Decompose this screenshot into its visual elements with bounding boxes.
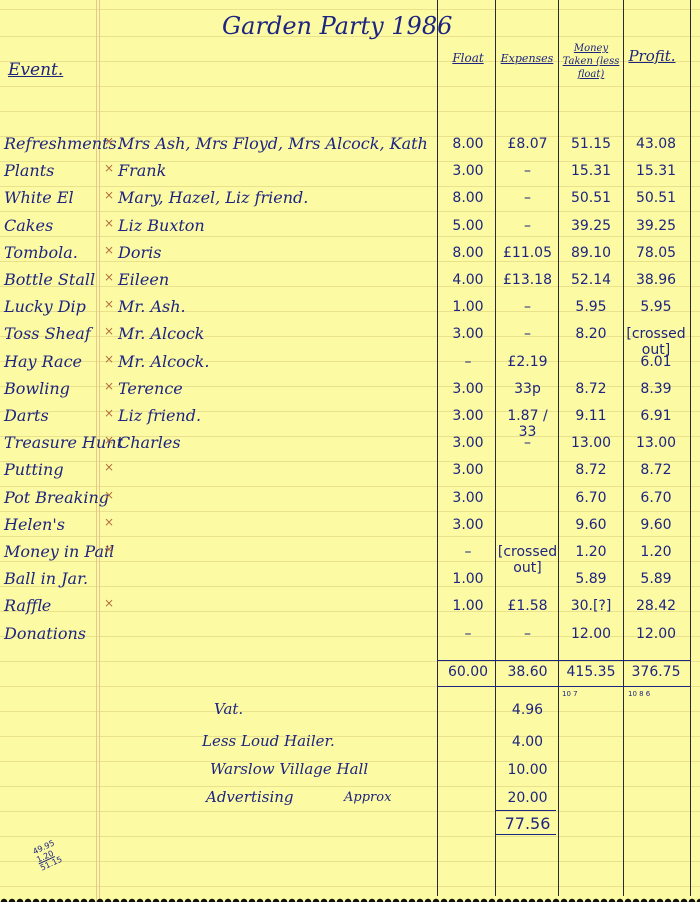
volunteers: Doris xyxy=(118,243,161,262)
money-taken-value: 89.10 xyxy=(559,245,623,261)
volunteers: Frank xyxy=(118,161,166,180)
float-value: 1.00 xyxy=(440,571,496,587)
ledger-row: Cakes×Liz Buxton5.00–39.2539.25 xyxy=(0,214,700,240)
ledger-row: Hay Race×Mr. Alcock.–£2.196.01 xyxy=(0,350,700,376)
volunteers: Charles xyxy=(118,433,181,452)
extra-expense-value: 4.96 xyxy=(497,702,558,718)
float-value: 3.00 xyxy=(440,517,496,533)
float-value: 4.00 xyxy=(440,272,496,288)
profit-carry-note: 10 8 6 xyxy=(628,690,650,698)
profit-value: 50.51 xyxy=(624,190,688,206)
tick-mark: × xyxy=(104,134,114,148)
profit-value: 12.00 xyxy=(624,626,688,642)
profit-value: 6.01 xyxy=(624,354,688,370)
expenses-value: – xyxy=(497,435,558,451)
float-value: – xyxy=(440,544,496,560)
tick-mark: × xyxy=(104,542,114,556)
float-value: – xyxy=(440,626,496,642)
money-taken-value: 52.14 xyxy=(559,272,623,288)
expenses-value: £2.19 xyxy=(497,354,558,370)
expenses-value: – xyxy=(497,190,558,206)
expenses-value: – xyxy=(497,326,558,342)
profit-value: 9.60 xyxy=(624,517,688,533)
profit-value: 6.70 xyxy=(624,490,688,506)
ledger-row: Putting×3.008.728.72 xyxy=(0,458,700,484)
profit-value: 13.00 xyxy=(624,435,688,451)
total-profit: 376.75 xyxy=(624,664,688,680)
float-value: 8.00 xyxy=(440,190,496,206)
expenses-column-header: Expenses xyxy=(495,52,559,65)
money-taken-value: 39.25 xyxy=(559,218,623,234)
profit-value: 5.89 xyxy=(624,571,688,587)
profit-value: 8.39 xyxy=(624,381,688,397)
profit-value: 5.95 xyxy=(624,299,688,315)
event-name: White El xyxy=(4,188,74,207)
float-value: 8.00 xyxy=(440,245,496,261)
event-name: Hay Race xyxy=(4,352,82,371)
tick-mark: × xyxy=(104,460,114,474)
float-value: 3.00 xyxy=(440,408,496,424)
ledger-row: Ball in Jar.1.005.895.89 xyxy=(0,567,700,593)
ledger-row: White El×Mary, Hazel, Liz friend.8.00–50… xyxy=(0,186,700,212)
volunteers: Mr. Alcock xyxy=(118,324,204,343)
float-value: 1.00 xyxy=(440,299,496,315)
expenses-value: £1.58 xyxy=(497,598,558,614)
ledger-row: Lucky Dip×Mr. Ash.1.00–5.955.95 xyxy=(0,295,700,321)
extra-expense-label: Less Loud Hailer. xyxy=(202,732,335,750)
volunteers: Mr. Ash. xyxy=(118,297,186,316)
float-value: 3.00 xyxy=(440,326,496,342)
profit-value: 78.05 xyxy=(624,245,688,261)
tick-mark: × xyxy=(104,270,114,284)
event-name: Donations xyxy=(4,624,86,643)
tick-mark: × xyxy=(104,243,114,257)
ledger-row: Bottle Stall×Eileen4.00£13.1852.1438.96 xyxy=(0,268,700,294)
float-column-header: Float xyxy=(440,52,496,65)
tick-mark: × xyxy=(104,216,114,230)
float-value: 1.00 xyxy=(440,598,496,614)
ledger-row: Tombola.×Doris8.00£11.0589.1078.05 xyxy=(0,241,700,267)
profit-column-header: Profit. xyxy=(624,50,680,63)
float-value: 5.00 xyxy=(440,218,496,234)
profit-value: 43.08 xyxy=(624,136,688,152)
volunteers: Mr. Alcock. xyxy=(118,352,209,371)
extra-expense-label: Advertising xyxy=(206,788,294,806)
money-taken-value: 13.00 xyxy=(559,435,623,451)
event-name: Lucky Dip xyxy=(4,297,86,316)
event-name: Pot Breaking xyxy=(4,488,109,507)
expenses-value: £13.18 xyxy=(497,272,558,288)
ledger-row: Helen's×3.009.609.60 xyxy=(0,513,700,539)
page-title: Garden Party 1986 xyxy=(222,12,452,40)
money-taken-value: 12.00 xyxy=(559,626,623,642)
float-value: 3.00 xyxy=(440,435,496,451)
money-taken-value: 5.89 xyxy=(559,571,623,587)
ledger-row: Raffle×1.00£1.5830.[?]28.42 xyxy=(0,594,700,620)
event-column-header: Event. xyxy=(8,60,63,80)
ledger-row: Toss Sheaf×Mr. Alcock3.00–8.20[crossed o… xyxy=(0,322,700,348)
money-taken-value: 6.70 xyxy=(559,490,623,506)
event-name: Bottle Stall xyxy=(4,270,95,289)
float-value: 3.00 xyxy=(440,163,496,179)
money-taken-value: 1.20 xyxy=(559,544,623,560)
profit-value: 1.20 xyxy=(624,544,688,560)
event-name: Toss Sheaf xyxy=(4,324,91,343)
tick-mark: × xyxy=(104,188,114,202)
tick-mark: × xyxy=(104,406,114,420)
perforated-edge xyxy=(0,896,700,902)
money-taken-value: 5.95 xyxy=(559,299,623,315)
ledger-row: Plants×Frank3.00–15.3115.31 xyxy=(0,159,700,185)
ledger-row: Treasure Hunt×Charles3.00–13.0013.00 xyxy=(0,431,700,457)
float-value: 8.00 xyxy=(440,136,496,152)
total-float: 60.00 xyxy=(440,664,496,680)
float-value: – xyxy=(440,354,496,370)
totals-rule xyxy=(437,686,690,687)
extra-expense-value: 20.00 xyxy=(497,790,558,806)
money-taken-value: 8.72 xyxy=(559,462,623,478)
extra-expense-value: 4.00 xyxy=(497,734,558,750)
money-taken-column-header: Money Taken (less float) xyxy=(560,42,622,81)
tick-mark: × xyxy=(104,433,114,447)
tick-mark: × xyxy=(104,515,114,529)
tick-mark: × xyxy=(104,488,114,502)
expenses-value: £11.05 xyxy=(497,245,558,261)
expenses-value: – xyxy=(497,626,558,642)
profit-value: 28.42 xyxy=(624,598,688,614)
volunteers: Terence xyxy=(118,379,183,398)
extra-expense-note: Approx xyxy=(344,790,391,805)
volunteers: Eileen xyxy=(118,270,169,289)
money-taken-value: 9.11 xyxy=(559,408,623,424)
money-taken-value: 8.72 xyxy=(559,381,623,397)
extra-total-rule xyxy=(496,810,556,811)
float-value: 3.00 xyxy=(440,462,496,478)
expenses-value: 33p xyxy=(497,381,558,397)
ledger-row: Money in Pail×–[crossed out]1.201.20 xyxy=(0,540,700,566)
expenses-value: – xyxy=(497,163,558,179)
event-name: Putting xyxy=(4,460,64,479)
money-taken-value: 51.15 xyxy=(559,136,623,152)
profit-value: 38.96 xyxy=(624,272,688,288)
tick-mark: × xyxy=(104,596,114,610)
expenses-value: £8.07 xyxy=(497,136,558,152)
volunteers: Mary, Hazel, Liz friend. xyxy=(118,188,308,207)
expenses-value: – xyxy=(497,218,558,234)
extra-expense-label: Warslow Village Hall xyxy=(210,760,368,778)
money-taken-value: 8.20 xyxy=(559,326,623,342)
event-name: Helen's xyxy=(4,515,65,534)
total-expenses: 38.60 xyxy=(497,664,558,680)
ledger-row: Darts×Liz friend.3.001.87 / 339.116.91 xyxy=(0,404,700,430)
total-money-taken: 415.35 xyxy=(559,664,623,680)
extra-expense-value: 10.00 xyxy=(497,762,558,778)
ledger-row: Bowling×Terence3.0033p8.728.39 xyxy=(0,377,700,403)
event-name: Money in Pail xyxy=(4,542,114,561)
event-name: Cakes xyxy=(4,216,53,235)
tick-mark: × xyxy=(104,297,114,311)
money-taken-value: 30.[?] xyxy=(559,598,623,614)
volunteers: Mrs Ash, Mrs Floyd, Mrs Alcock, Kath xyxy=(118,134,428,153)
event-name: Ball in Jar. xyxy=(4,569,88,588)
tick-mark: × xyxy=(104,379,114,393)
expenses-value: – xyxy=(497,299,558,315)
ledger-row: Pot Breaking×3.006.706.70 xyxy=(0,486,700,512)
tick-mark: × xyxy=(104,324,114,338)
event-name: Plants xyxy=(4,161,54,180)
volunteers: Liz friend. xyxy=(118,406,201,425)
event-name: Tombola. xyxy=(4,243,78,262)
event-name: Raffle xyxy=(4,596,51,615)
profit-value: 39.25 xyxy=(624,218,688,234)
money-carry-note: 10 7 xyxy=(562,690,578,698)
event-name: Darts xyxy=(4,406,49,425)
extra-expense-label: Vat. xyxy=(214,700,243,718)
profit-value: 15.31 xyxy=(624,163,688,179)
float-value: 3.00 xyxy=(440,490,496,506)
money-taken-value: 15.31 xyxy=(559,163,623,179)
event-name: Bowling xyxy=(4,379,70,398)
tick-mark: × xyxy=(104,161,114,175)
money-taken-value: 50.51 xyxy=(559,190,623,206)
extra-expenses-total: 77.56 xyxy=(497,814,558,833)
ledger-row: Refreshments.×Mrs Ash, Mrs Floyd, Mrs Al… xyxy=(0,132,700,158)
profit-value: 6.91 xyxy=(624,408,688,424)
float-value: 3.00 xyxy=(440,381,496,397)
money-taken-value: 9.60 xyxy=(559,517,623,533)
totals-rule xyxy=(437,660,690,661)
extra-total-rule xyxy=(496,834,556,835)
profit-value: 8.72 xyxy=(624,462,688,478)
volunteers: Liz Buxton xyxy=(118,216,205,235)
ledger-row: Donations––12.0012.00 xyxy=(0,622,700,648)
tick-mark: × xyxy=(104,352,114,366)
